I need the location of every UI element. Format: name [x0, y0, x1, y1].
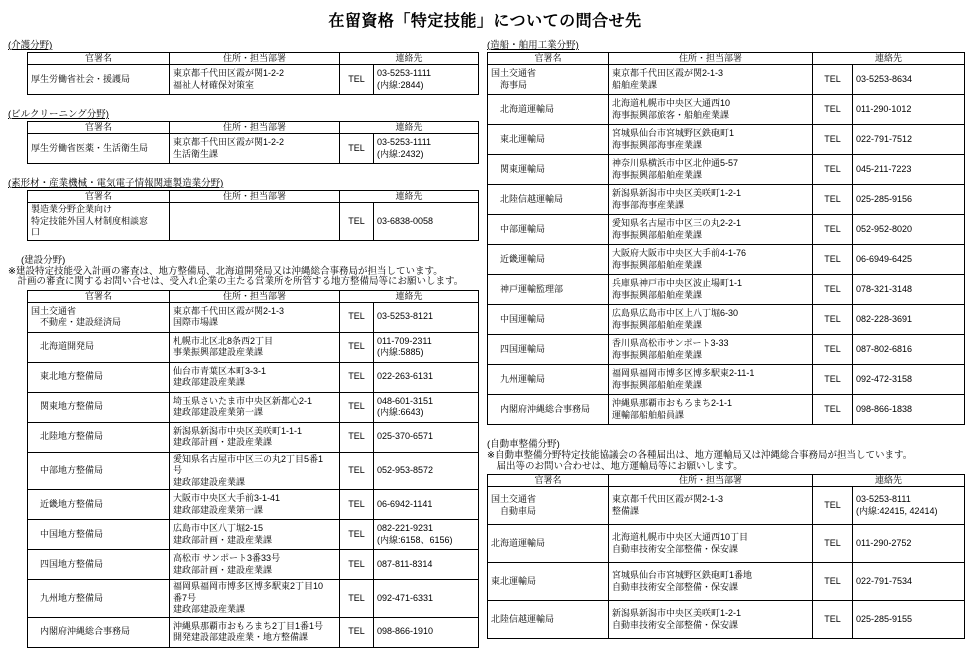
- address-cell: 東京都千代田区霞が関1-2-2 福祉人材確保対策室: [170, 65, 340, 95]
- tel-label-cell: TEL: [340, 490, 374, 520]
- right-column: (造船・舶用工業分野)官署名住所・担当部署連絡先国土交通省 海事局東京都千代田区…: [483, 38, 965, 651]
- address-cell: 高松市 サンポート3番33号 建政部計画・建設産業課: [170, 550, 340, 580]
- tel-label-cell: TEL: [813, 185, 853, 215]
- phone-cell: 078-321-3148: [853, 275, 965, 305]
- table-row: 中部運輸局愛知県名古屋市中区三の丸2-2-1 海事振興部船舶産業課TEL052-…: [488, 215, 965, 245]
- tel-label-cell: TEL: [340, 203, 374, 241]
- table-row: 近畿運輸局大阪府大阪市中央区大手前4-1-76 海事振興部船舶産業課TEL06-…: [488, 245, 965, 275]
- office-cell: 国土交通省 自動車局: [488, 487, 609, 525]
- tel-label-cell: TEL: [813, 245, 853, 275]
- table-body: 国土交通省 自動車局東京都千代田区霞が関2-1-3 整備課TEL03-5253-…: [488, 487, 965, 639]
- tel-label-cell: TEL: [813, 335, 853, 365]
- address-cell: 大阪府大阪市中央区大手前4-1-76 海事振興部船舶産業課: [609, 245, 813, 275]
- section-label-row: (介護分野): [8, 38, 483, 52]
- tel-label-cell: TEL: [813, 215, 853, 245]
- tel-label-cell: TEL: [813, 365, 853, 395]
- tel-label-cell: TEL: [813, 487, 853, 525]
- office-cell: 東北地方整備局: [28, 362, 170, 392]
- office-cell: 関東運輸局: [488, 155, 609, 185]
- table-body: 製造業分野企業向け 特定技能外国人材制度相談窓 口TEL03-6838-0058: [28, 203, 479, 241]
- phone-cell: 03-5253-8121: [374, 302, 479, 332]
- contact-table: 官署名住所・担当部署連絡先国土交通省 海事局東京都千代田区霞が関2-1-3 船舶…: [487, 52, 965, 425]
- tel-label-cell: TEL: [340, 362, 374, 392]
- table-row: 北海道開発局札幌市北区北8条西2丁目 事業振興部建設産業課TEL011-709-…: [28, 332, 479, 362]
- col-header-office: 官署名: [28, 290, 170, 302]
- address-cell: 香川県高松市サンポート3-33 海事振興部船舶産業課: [609, 335, 813, 365]
- table-row: 北陸地方整備局新潟県新潟市中央区美咲町1-1-1 建政部計画・建設産業課TEL0…: [28, 422, 479, 452]
- address-cell: 埼玉県さいたま市中央区新都心2-1 建政部建設産業第一課: [170, 392, 340, 422]
- section-building-cleaning: (ビルクリーニング分野)官署名住所・担当部署連絡先厚生労働省医薬・生活衛生局東京…: [8, 107, 483, 164]
- tel-label-cell: TEL: [813, 125, 853, 155]
- table-row: 九州地方整備局福岡県福岡市博多区博多駅東2丁目10 番7号 建政部建設産業課TE…: [28, 580, 479, 618]
- table-header-row: 官署名住所・担当部署連絡先: [28, 290, 479, 302]
- table-row: 東北地方整備局仙台市青葉区本町3-3-1 建政部建設産業課TEL022-263-…: [28, 362, 479, 392]
- office-cell: 中部運輸局: [488, 215, 609, 245]
- section-label: (素形材・産業機械・電気電子情報関連製造業分野): [8, 178, 223, 189]
- table-row: 国土交通省 自動車局東京都千代田区霞が関2-1-3 整備課TEL03-5253-…: [488, 487, 965, 525]
- tel-label-cell: TEL: [340, 617, 374, 647]
- address-cell: 北海道札幌市中央区大通西10 海事振興部旅客・船舶産業課: [609, 95, 813, 125]
- table-head: 官署名住所・担当部署連絡先: [28, 191, 479, 203]
- section-label: (介護分野): [8, 40, 52, 51]
- col-header-contact: 連絡先: [340, 191, 479, 203]
- office-cell: 中国地方整備局: [28, 520, 170, 550]
- address-cell: 東京都千代田区霞が関2-1-3 整備課: [609, 487, 813, 525]
- table-row: 関東地方整備局埼玉県さいたま市中央区新都心2-1 建政部建設産業第一課TEL04…: [28, 392, 479, 422]
- phone-cell: 011-290-1012: [853, 95, 965, 125]
- phone-cell: 082-228-3691: [853, 305, 965, 335]
- office-cell: 厚生労働省社会・援護局: [28, 65, 170, 95]
- col-header-contact: 連絡先: [340, 290, 479, 302]
- phone-cell: 098-866-1910: [374, 617, 479, 647]
- col-header-address: 住所・担当部署: [170, 53, 340, 65]
- table-body: 厚生労働省医薬・生活衛生局東京都千代田区霞が関1-2-2 生活衛生課TEL03-…: [28, 134, 479, 164]
- office-cell: 北陸地方整備局: [28, 422, 170, 452]
- section-construction: (建設分野)※建設特定技能受入計画の審査は、地方整備局、北海道開発局又は沖縄総合…: [8, 253, 483, 648]
- col-header-address: 住所・担当部署: [609, 475, 813, 487]
- table-row: 東北運輸局宮城県仙台市宮城野区鉄砲町1 海事振興部海事産業課TEL022-791…: [488, 125, 965, 155]
- office-cell: 製造業分野企業向け 特定技能外国人材制度相談窓 口: [28, 203, 170, 241]
- office-cell: 国土交通省 海事局: [488, 65, 609, 95]
- table-row: 北陸信越運輸局新潟県新潟市中央区美咲町1-2-1 自動車技術安全部整備・保安課T…: [488, 601, 965, 639]
- address-cell: 東京都千代田区霞が関2-1-3 船舶産業課: [609, 65, 813, 95]
- tel-label-cell: TEL: [340, 65, 374, 95]
- phone-cell: 03-5253-8111 (内線:42415, 42414): [853, 487, 965, 525]
- table-body: 厚生労働省社会・援護局東京都千代田区霞が関1-2-2 福祉人材確保対策室TEL0…: [28, 65, 479, 95]
- tel-label-cell: TEL: [813, 65, 853, 95]
- col-header-address: 住所・担当部署: [170, 122, 340, 134]
- tel-label-cell: TEL: [340, 520, 374, 550]
- section-label: (自動車整備分野): [487, 439, 560, 450]
- table-row: 厚生労働省社会・援護局東京都千代田区霞が関1-2-2 福祉人材確保対策室TEL0…: [28, 65, 479, 95]
- table-row: 北海道運輸局北海道札幌市中央区大通西10 海事振興部旅客・船舶産業課TEL011…: [488, 95, 965, 125]
- phone-cell: 025-285-9156: [853, 185, 965, 215]
- address-cell: [170, 203, 340, 241]
- office-cell: 北海道開発局: [28, 332, 170, 362]
- col-header-address: 住所・担当部署: [170, 191, 340, 203]
- section-nursing-care: (介護分野)官署名住所・担当部署連絡先厚生労働省社会・援護局東京都千代田区霞が関…: [8, 38, 483, 95]
- table-row: 国土交通省 海事局東京都千代田区霞が関2-1-3 船舶産業課TEL03-5253…: [488, 65, 965, 95]
- table-head: 官署名住所・担当部署連絡先: [488, 53, 965, 65]
- table-row: 東北運輸局宮城県仙台市宮城野区鉄砲町1番地 自動車技術安全部整備・保安課TEL0…: [488, 563, 965, 601]
- phone-cell: 052-953-8572: [374, 452, 479, 490]
- phone-cell: 022-791-7534: [853, 563, 965, 601]
- address-cell: 仙台市青葉区本町3-3-1 建政部建設産業課: [170, 362, 340, 392]
- phone-cell: 03-5253-8634: [853, 65, 965, 95]
- table-header-row: 官署名住所・担当部署連絡先: [28, 191, 479, 203]
- col-header-contact: 連絡先: [340, 122, 479, 134]
- office-cell: 近畿運輸局: [488, 245, 609, 275]
- office-cell: 四国運輸局: [488, 335, 609, 365]
- col-header-office: 官署名: [488, 475, 609, 487]
- phone-cell: 087-802-6816: [853, 335, 965, 365]
- section-label-row: (建設分野): [8, 253, 483, 267]
- section-label-row: (素形材・産業機械・電気電子情報関連製造業分野): [8, 176, 483, 190]
- office-cell: 東北運輸局: [488, 125, 609, 155]
- tel-label-cell: TEL: [340, 452, 374, 490]
- phone-cell: 022-263-6131: [374, 362, 479, 392]
- table-row: 内閣府沖縄総合事務局沖縄県那覇市おもろまち2-1-1 運輸部船舶船員課TEL09…: [488, 395, 965, 425]
- address-cell: 新潟県新潟市中央区美咲町1-2-1 自動車技術安全部整備・保安課: [609, 601, 813, 639]
- tel-label-cell: TEL: [340, 134, 374, 164]
- office-cell: 国土交通省 不動産・建設経済局: [28, 302, 170, 332]
- address-cell: 愛知県名古屋市中区三の丸2-2-1 海事振興部船舶産業課: [609, 215, 813, 245]
- phone-cell: 092-472-3158: [853, 365, 965, 395]
- table-row: 中国運輸局広島県広島市中区上八丁堀6-30 海事振興部船舶産業課TEL082-2…: [488, 305, 965, 335]
- table-header-row: 官署名住所・担当部署連絡先: [28, 53, 479, 65]
- tel-label-cell: TEL: [340, 332, 374, 362]
- phone-cell: 087-811-8314: [374, 550, 479, 580]
- phone-cell: 06-6949-6425: [853, 245, 965, 275]
- office-cell: 関東地方整備局: [28, 392, 170, 422]
- address-cell: 広島県広島市中区上八丁堀6-30 海事振興部船舶産業課: [609, 305, 813, 335]
- phone-cell: 052-952-8020: [853, 215, 965, 245]
- office-cell: 厚生労働省医薬・生活衛生局: [28, 134, 170, 164]
- contact-table: 官署名住所・担当部署連絡先厚生労働省医薬・生活衛生局東京都千代田区霞が関1-2-…: [27, 121, 479, 164]
- office-cell: 北海道運輸局: [488, 95, 609, 125]
- phone-cell: 098-866-1838: [853, 395, 965, 425]
- page-title: 在留資格「特定技能」についての問合せ先: [0, 0, 970, 31]
- address-cell: 新潟県新潟市中央区美咲町1-2-1 海事部海事産業課: [609, 185, 813, 215]
- contact-table: 官署名住所・担当部署連絡先製造業分野企業向け 特定技能外国人材制度相談窓 口TE…: [27, 190, 479, 241]
- address-cell: 宮城県仙台市宮城野区鉄砲町1 海事振興部海事産業課: [609, 125, 813, 155]
- tel-label-cell: TEL: [813, 525, 853, 563]
- section-label-row: (ビルクリーニング分野): [8, 107, 483, 121]
- table-row: 内閣府沖縄総合事務局沖縄県那覇市おもろまち2丁目1番1号 開発建設部建設産業・地…: [28, 617, 479, 647]
- tel-label-cell: TEL: [340, 422, 374, 452]
- tel-label-cell: TEL: [340, 392, 374, 422]
- address-cell: 東京都千代田区霞が関1-2-2 生活衛生課: [170, 134, 340, 164]
- phone-cell: 025-285-9155: [853, 601, 965, 639]
- col-header-contact: 連絡先: [340, 53, 479, 65]
- table-row: 中国地方整備局広島市中区八丁堀2-15 建政部計画・建設産業課TEL082-22…: [28, 520, 479, 550]
- section-label: (ビルクリーニング分野): [8, 109, 109, 120]
- table-row: 近畿地方整備局大阪市中央区大手前3-1-41 建政部建設産業第一課TEL06-6…: [28, 490, 479, 520]
- tel-label-cell: TEL: [813, 275, 853, 305]
- tel-label-cell: TEL: [813, 563, 853, 601]
- phone-cell: 03-6838-0058: [374, 203, 479, 241]
- address-cell: 沖縄県那覇市おもろまち2丁目1番1号 開発建設部建設産業・地方整備課: [170, 617, 340, 647]
- section-note-line: 計画の審査に関するお問い合せは、受入れ企業の主たる営業所を所管する地方整備局等に…: [8, 277, 483, 288]
- address-cell: 大阪市中央区大手前3-1-41 建政部建設産業第一課: [170, 490, 340, 520]
- address-cell: 福岡県福岡市博多区博多駅東2-11-1 海事振興部船舶産業課: [609, 365, 813, 395]
- phone-cell: 03-5253-1111 (内線:2844): [374, 65, 479, 95]
- office-cell: 東北運輸局: [488, 563, 609, 601]
- tel-label-cell: TEL: [340, 550, 374, 580]
- phone-cell: 06-6942-1141: [374, 490, 479, 520]
- table-row: 製造業分野企業向け 特定技能外国人材制度相談窓 口TEL03-6838-0058: [28, 203, 479, 241]
- section-note-line: 届出等のお問い合わせは、地方運輸局等にお願いします。: [487, 462, 965, 473]
- office-cell: 内閣府沖縄総合事務局: [488, 395, 609, 425]
- phone-cell: 045-211-7223: [853, 155, 965, 185]
- office-cell: 中部地方整備局: [28, 452, 170, 490]
- address-cell: 北海道札幌市中央区大通西10丁目 自動車技術安全部整備・保安課: [609, 525, 813, 563]
- col-header-address: 住所・担当部署: [170, 290, 340, 302]
- office-cell: 九州運輸局: [488, 365, 609, 395]
- phone-cell: 022-791-7512: [853, 125, 965, 155]
- contact-table: 官署名住所・担当部署連絡先国土交通省 自動車局東京都千代田区霞が関2-1-3 整…: [487, 474, 965, 639]
- section-label: (造船・舶用工業分野): [487, 40, 579, 51]
- table-row: 厚生労働省医薬・生活衛生局東京都千代田区霞が関1-2-2 生活衛生課TEL03-…: [28, 134, 479, 164]
- table-row: 四国運輸局香川県高松市サンポート3-33 海事振興部船舶産業課TEL087-80…: [488, 335, 965, 365]
- table-body: 国土交通省 不動産・建設経済局東京都千代田区霞が関2-1-3 国際市場課TEL0…: [28, 302, 479, 647]
- phone-cell: 011-290-2752: [853, 525, 965, 563]
- office-cell: 中国運輸局: [488, 305, 609, 335]
- contact-table: 官署名住所・担当部署連絡先国土交通省 不動産・建設経済局東京都千代田区霞が関2-…: [27, 290, 479, 648]
- col-header-office: 官署名: [28, 53, 170, 65]
- section-label-row: (造船・舶用工業分野): [487, 38, 965, 52]
- tel-label-cell: TEL: [813, 601, 853, 639]
- col-header-office: 官署名: [28, 122, 170, 134]
- office-cell: 北陸信越運輸局: [488, 185, 609, 215]
- contact-table: 官署名住所・担当部署連絡先厚生労働省社会・援護局東京都千代田区霞が関1-2-2 …: [27, 52, 479, 95]
- office-cell: 四国地方整備局: [28, 550, 170, 580]
- col-header-office: 官署名: [28, 191, 170, 203]
- document-page: 在留資格「特定技能」についての問合せ先 (介護分野)官署名住所・担当部署連絡先厚…: [0, 0, 970, 672]
- left-column: (介護分野)官署名住所・担当部署連絡先厚生労働省社会・援護局東京都千代田区霞が関…: [8, 38, 483, 660]
- phone-cell: 025-370-6571: [374, 422, 479, 452]
- tel-label-cell: TEL: [813, 395, 853, 425]
- table-row: 北陸信越運輸局新潟県新潟市中央区美咲町1-2-1 海事部海事産業課TEL025-…: [488, 185, 965, 215]
- table-head: 官署名住所・担当部署連絡先: [28, 122, 479, 134]
- section-auto-maintenance: (自動車整備分野)※自動車整備分野特定技能協議会の各種届出は、地方運輸局又は沖縄…: [487, 437, 965, 639]
- address-cell: 宮城県仙台市宮城野区鉄砲町1番地 自動車技術安全部整備・保安課: [609, 563, 813, 601]
- table-head: 官署名住所・担当部署連絡先: [488, 475, 965, 487]
- section-label: (建設分野): [21, 255, 65, 266]
- table-row: 中部地方整備局愛知県名古屋市中区三の丸2丁目5番1 号 建政部建設産業課TEL0…: [28, 452, 479, 490]
- section-label-row: (自動車整備分野): [487, 437, 965, 451]
- phone-cell: 048-601-3151 (内線:6643): [374, 392, 479, 422]
- office-cell: 九州地方整備局: [28, 580, 170, 618]
- col-header-contact: 連絡先: [813, 53, 965, 65]
- col-header-address: 住所・担当部署: [609, 53, 813, 65]
- col-header-office: 官署名: [488, 53, 609, 65]
- tel-label-cell: TEL: [813, 155, 853, 185]
- section-note-line: ※自動車整備分野特定技能協議会の各種届出は、地方運輸局又は沖縄総合事務局が担当し…: [487, 451, 965, 462]
- office-cell: 近畿地方整備局: [28, 490, 170, 520]
- table-row: 関東運輸局神奈川県横浜市中区北仲通5-57 海事振興部船舶産業課TEL045-2…: [488, 155, 965, 185]
- table-head: 官署名住所・担当部署連絡先: [28, 290, 479, 302]
- table-row: 九州運輸局福岡県福岡市博多区博多駅東2-11-1 海事振興部船舶産業課TEL09…: [488, 365, 965, 395]
- phone-cell: 03-5253-1111 (内線:2432): [374, 134, 479, 164]
- office-cell: 神戸運輸監理部: [488, 275, 609, 305]
- table-row: 北海道運輸局北海道札幌市中央区大通西10丁目 自動車技術安全部整備・保安課TEL…: [488, 525, 965, 563]
- table-header-row: 官署名住所・担当部署連絡先: [488, 53, 965, 65]
- address-cell: 兵庫県神戸市中央区波止場町1-1 海事振興部船舶産業課: [609, 275, 813, 305]
- section-notes: ※自動車整備分野特定技能協議会の各種届出は、地方運輸局又は沖縄総合事務局が担当し…: [487, 451, 965, 472]
- phone-cell: 011-709-2311 (内線:5885): [374, 332, 479, 362]
- table-head: 官署名住所・担当部署連絡先: [28, 53, 479, 65]
- table-row: 国土交通省 不動産・建設経済局東京都千代田区霞が関2-1-3 国際市場課TEL0…: [28, 302, 479, 332]
- two-column-layout: (介護分野)官署名住所・担当部署連絡先厚生労働省社会・援護局東京都千代田区霞が関…: [0, 38, 970, 660]
- table-body: 国土交通省 海事局東京都千代田区霞が関2-1-3 船舶産業課TEL03-5253…: [488, 65, 965, 425]
- table-header-row: 官署名住所・担当部署連絡先: [488, 475, 965, 487]
- address-cell: 愛知県名古屋市中区三の丸2丁目5番1 号 建政部建設産業課: [170, 452, 340, 490]
- section-manufacturing: (素形材・産業機械・電気電子情報関連製造業分野)官署名住所・担当部署連絡先製造業…: [8, 176, 483, 241]
- table-header-row: 官署名住所・担当部署連絡先: [28, 122, 479, 134]
- tel-label-cell: TEL: [813, 95, 853, 125]
- table-row: 神戸運輸監理部兵庫県神戸市中央区波止場町1-1 海事振興部船舶産業課TEL078…: [488, 275, 965, 305]
- address-cell: 広島市中区八丁堀2-15 建政部計画・建設産業課: [170, 520, 340, 550]
- tel-label-cell: TEL: [340, 302, 374, 332]
- section-shipbuilding: (造船・舶用工業分野)官署名住所・担当部署連絡先国土交通省 海事局東京都千代田区…: [487, 38, 965, 425]
- section-notes: ※建設特定技能受入計画の審査は、地方整備局、北海道開発局又は沖縄総合事務局が担当…: [8, 267, 483, 288]
- address-cell: 福岡県福岡市博多区博多駅東2丁目10 番7号 建政部建設産業課: [170, 580, 340, 618]
- address-cell: 東京都千代田区霞が関2-1-3 国際市場課: [170, 302, 340, 332]
- col-header-contact: 連絡先: [813, 475, 965, 487]
- address-cell: 神奈川県横浜市中区北仲通5-57 海事振興部船舶産業課: [609, 155, 813, 185]
- office-cell: 内閣府沖縄総合事務局: [28, 617, 170, 647]
- office-cell: 北陸信越運輸局: [488, 601, 609, 639]
- office-cell: 北海道運輸局: [488, 525, 609, 563]
- tel-label-cell: TEL: [340, 580, 374, 618]
- tel-label-cell: TEL: [813, 305, 853, 335]
- address-cell: 新潟県新潟市中央区美咲町1-1-1 建政部計画・建設産業課: [170, 422, 340, 452]
- address-cell: 沖縄県那覇市おもろまち2-1-1 運輸部船舶船員課: [609, 395, 813, 425]
- phone-cell: 092-471-6331: [374, 580, 479, 618]
- address-cell: 札幌市北区北8条西2丁目 事業振興部建設産業課: [170, 332, 340, 362]
- table-row: 四国地方整備局高松市 サンポート3番33号 建政部計画・建設産業課TEL087-…: [28, 550, 479, 580]
- phone-cell: 082-221-9231 (内線:6158、6156): [374, 520, 479, 550]
